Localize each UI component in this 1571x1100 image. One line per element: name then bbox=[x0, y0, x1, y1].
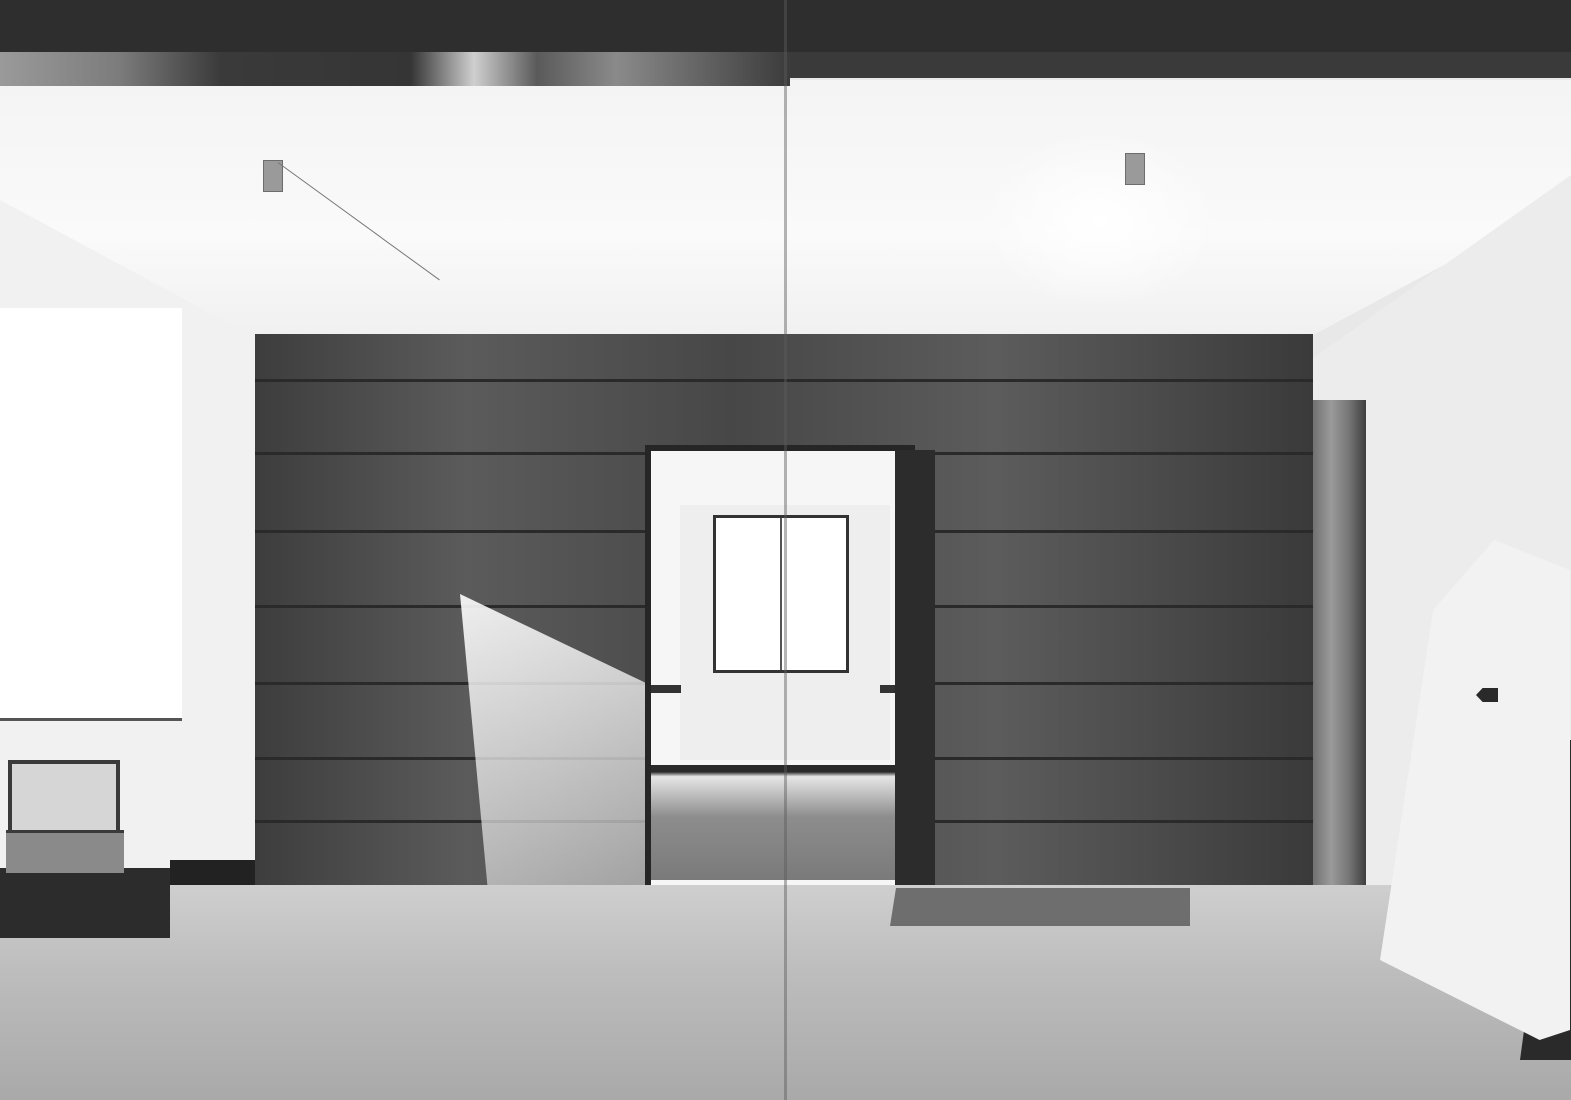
door-jamb bbox=[895, 450, 935, 890]
ceiling-beam-right-lower bbox=[790, 52, 1571, 78]
window-mullion bbox=[780, 518, 782, 670]
chair-base bbox=[0, 868, 170, 938]
chair-back bbox=[8, 760, 120, 840]
room-photograph bbox=[0, 0, 1571, 1100]
ceiling-beam-left-lower bbox=[0, 52, 790, 86]
inner-room-floor bbox=[651, 765, 897, 880]
chair-seat bbox=[6, 830, 124, 873]
left-window bbox=[0, 308, 182, 721]
right-pillar bbox=[1308, 400, 1366, 900]
inner-rail-left bbox=[651, 685, 681, 693]
light-fixture-right bbox=[1125, 153, 1145, 185]
inner-room-window bbox=[713, 515, 849, 673]
floor-mat bbox=[890, 888, 1190, 926]
ceiling-light-glow bbox=[980, 130, 1220, 310]
book-gutter bbox=[784, 0, 787, 1100]
